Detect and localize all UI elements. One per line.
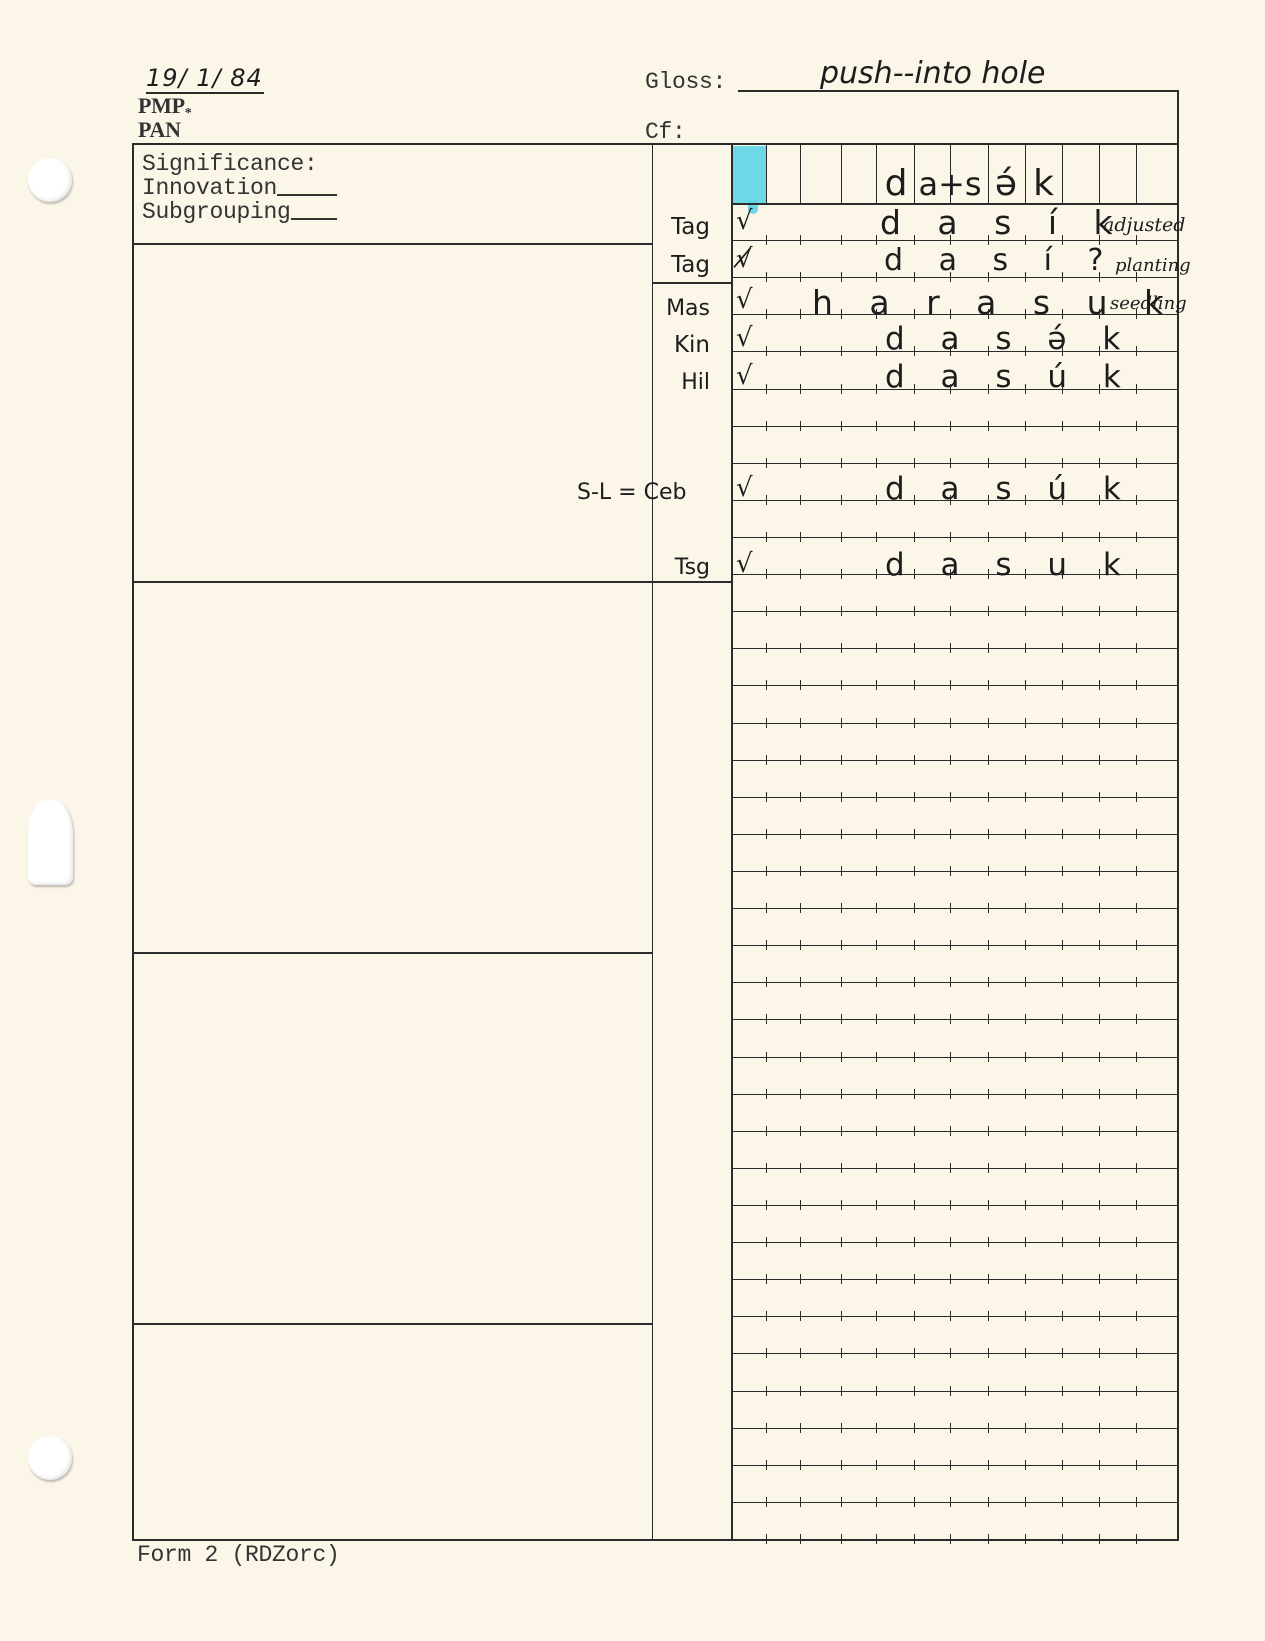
innovation-blank[interactable] [277, 176, 337, 196]
ruled-tick-mark [766, 1200, 767, 1210]
cyan-highlight-mark [733, 146, 766, 204]
ruled-tick-mark [1062, 1386, 1063, 1396]
ruled-tick-mark [1136, 903, 1137, 913]
ruled-tick-mark [1099, 792, 1100, 802]
ruled-tick-mark [1099, 532, 1100, 542]
ruled-tick-mark [876, 1534, 877, 1544]
form-top-border [132, 143, 1179, 145]
date-handwritten: 19/ 1/ 84 [146, 64, 264, 94]
ruled-tick-mark [766, 606, 767, 616]
ruled-tick-mark [988, 1237, 989, 1247]
ruled-tick-mark [841, 346, 842, 356]
ruled-tick-mark [1025, 866, 1026, 876]
ruled-tick-mark [1099, 829, 1100, 839]
ruled-tick-mark [766, 1014, 767, 1024]
ruled-tick-mark [876, 940, 877, 950]
ruled-tick-mark [1099, 1386, 1100, 1396]
ruled-tick-mark [950, 829, 951, 839]
ruled-tick-mark [914, 977, 915, 987]
left-section-divider-4 [132, 1323, 652, 1325]
ruled-tick-mark [1136, 1126, 1137, 1136]
ruled-tick-mark [1062, 718, 1063, 728]
ruled-tick-mark [766, 1274, 767, 1284]
ruled-tick-mark [950, 421, 951, 431]
ruled-tick-mark [1136, 792, 1137, 802]
ruled-tick-mark [800, 718, 801, 728]
ruled-tick-mark [1136, 680, 1137, 690]
ruled-tick-mark [914, 1274, 915, 1284]
check-icon-hil: √ [736, 361, 753, 391]
ruled-tick-mark [1062, 606, 1063, 616]
ruled-tick-mark [1062, 866, 1063, 876]
ruled-tick-mark [800, 346, 801, 356]
recon-letter-a-plus-s: a+s [912, 166, 988, 202]
ruled-tick-mark [766, 792, 767, 802]
ruled-tick-mark [1025, 1534, 1026, 1544]
ruled-tick-mark [876, 272, 877, 282]
ruled-tick-mark [1062, 1460, 1063, 1470]
ruled-tick-mark [800, 1348, 801, 1358]
ruled-tick-mark [1062, 1348, 1063, 1358]
ruled-tick-mark [1136, 1497, 1137, 1507]
ruled-tick-mark [841, 866, 842, 876]
ruled-tick-mark [988, 1014, 989, 1024]
ruled-tick-mark [988, 1460, 989, 1470]
ruled-tick-mark [1136, 643, 1137, 653]
ruled-tick-mark [914, 458, 915, 468]
significance-title: Significance: [142, 152, 318, 176]
ruled-tick-mark [1099, 1126, 1100, 1136]
ruled-tick-mark [914, 1348, 915, 1358]
ruled-tick-mark [800, 235, 801, 245]
ruled-tick-mark [1025, 755, 1026, 765]
ruled-tick-mark [950, 866, 951, 876]
ruled-tick-mark [988, 458, 989, 468]
ruled-tick-mark [766, 1126, 767, 1136]
ruled-tick-mark [1136, 606, 1137, 616]
ruled-tick-mark [876, 235, 877, 245]
ruled-row-line [731, 463, 1178, 464]
ruled-tick-mark [914, 1237, 915, 1247]
ruled-tick-mark [800, 1089, 801, 1099]
ruled-tick-mark [914, 866, 915, 876]
punch-hole-middle [28, 800, 73, 885]
ruled-tick-mark [1062, 755, 1063, 765]
ruled-tick-mark [841, 458, 842, 468]
ruled-tick-mark [841, 1237, 842, 1247]
ruled-tick-mark [1062, 1497, 1063, 1507]
ruled-tick-mark [914, 1089, 915, 1099]
ruled-tick-mark [914, 829, 915, 839]
ruled-tick-mark [800, 1423, 801, 1433]
ruled-tick-mark [988, 977, 989, 987]
ruled-row-line [731, 797, 1178, 798]
ruled-tick-mark [766, 1089, 767, 1099]
reconstruction-cell-divider [1136, 145, 1137, 203]
ruled-tick-mark [876, 1497, 877, 1507]
ruled-row-line [731, 648, 1178, 649]
ruled-tick-mark [988, 903, 989, 913]
ruled-tick-mark [841, 1460, 842, 1470]
ruled-tick-mark [1062, 1274, 1063, 1284]
ruled-tick-mark [841, 1052, 842, 1062]
ruled-tick-mark [841, 680, 842, 690]
ruled-tick-mark [1136, 1386, 1137, 1396]
ruled-tick-mark [876, 1311, 877, 1321]
ruled-tick-mark [988, 1497, 989, 1507]
ruled-tick-mark [841, 718, 842, 728]
ruled-tick-mark [876, 1237, 877, 1247]
ruled-tick-mark [1136, 1348, 1137, 1358]
left-section-divider-1 [132, 243, 652, 245]
ruled-tick-mark [841, 1163, 842, 1173]
ruled-tick-mark [800, 458, 801, 468]
ruled-tick-mark [876, 1014, 877, 1024]
ruled-tick-mark [841, 1089, 842, 1099]
ruled-tick-mark [800, 1460, 801, 1470]
innovation-text: Innovation [142, 175, 277, 201]
ruled-tick-mark [876, 1126, 877, 1136]
cf-label: Cf: [645, 120, 686, 144]
ruled-tick-mark [1136, 1237, 1137, 1247]
ruled-tick-mark [841, 1497, 842, 1507]
ruled-tick-mark [1025, 1200, 1026, 1210]
ruled-tick-mark [1099, 1274, 1100, 1284]
ruled-row-line [731, 945, 1178, 946]
ruled-tick-mark [950, 755, 951, 765]
lang-sl-ceb: S-L = Ceb [577, 480, 686, 505]
ruled-tick-mark [800, 272, 801, 282]
reconstruction-cell-divider [766, 145, 767, 203]
ruled-tick-mark [950, 458, 951, 468]
ruled-tick-mark [1136, 940, 1137, 950]
ruled-tick-mark [988, 1200, 989, 1210]
ruled-tick-mark [1099, 1200, 1100, 1210]
ruled-tick-mark [800, 421, 801, 431]
ruled-tick-mark [1099, 866, 1100, 876]
ruled-tick-mark [988, 606, 989, 616]
ruled-tick-mark [1025, 643, 1026, 653]
ruled-row-line [731, 1539, 1178, 1540]
ruled-tick-mark [766, 532, 767, 542]
ruled-tick-mark [841, 940, 842, 950]
ruled-tick-mark [876, 1052, 877, 1062]
ruled-tick-mark [950, 532, 951, 542]
ruled-tick-mark [1136, 977, 1137, 987]
ruled-row-line [731, 611, 1178, 612]
form-footer-label: Form 2 (RDZorc) [137, 1543, 340, 1567]
ruled-tick-mark [766, 384, 767, 394]
ruled-tick-mark [988, 1423, 989, 1433]
ruled-tick-mark [766, 1163, 767, 1173]
ruled-tick-mark [950, 1237, 951, 1247]
ruled-tick-mark [1025, 1386, 1026, 1396]
ruled-tick-mark [841, 235, 842, 245]
ruled-tick-mark [914, 606, 915, 616]
ruled-tick-mark [876, 792, 877, 802]
ruled-tick-mark [1136, 421, 1137, 431]
ruled-tick-mark [876, 680, 877, 690]
ruled-tick-mark [1062, 977, 1063, 987]
ruled-tick-mark [914, 940, 915, 950]
ruled-tick-mark [1099, 458, 1100, 468]
ruled-tick-mark [950, 1423, 951, 1433]
note-planting: planting [1115, 255, 1191, 276]
ruled-tick-mark [800, 495, 801, 505]
lang-tag-2: Tag [640, 252, 710, 278]
form-tsg: d a s u k [885, 547, 1134, 583]
ruled-tick-mark [766, 1423, 767, 1433]
recon-letter-d: d [878, 166, 914, 202]
ruled-tick-mark [950, 903, 951, 913]
ruled-tick-mark [876, 718, 877, 728]
ruled-tick-mark [1136, 866, 1137, 876]
ruled-tick-mark [766, 309, 767, 319]
ruled-tick-mark [914, 532, 915, 542]
ruled-tick-mark [766, 1311, 767, 1321]
ruled-tick-mark [1099, 1348, 1100, 1358]
ruled-tick-mark [1025, 1311, 1026, 1321]
innovation-label: Innovation [142, 176, 337, 200]
ruled-tick-mark [766, 235, 767, 245]
ruled-tick-mark [1099, 977, 1100, 987]
ruled-tick-mark [988, 718, 989, 728]
ruled-tick-mark [1136, 718, 1137, 728]
ruled-tick-mark [1062, 792, 1063, 802]
ruled-tick-mark [841, 792, 842, 802]
ruled-tick-mark [766, 977, 767, 987]
ruled-tick-mark [1099, 1497, 1100, 1507]
ruled-tick-mark [914, 1386, 915, 1396]
ruled-tick-mark [950, 1126, 951, 1136]
ruled-tick-mark [800, 569, 801, 579]
ruled-tick-mark [1025, 1460, 1026, 1470]
ruled-tick-mark [988, 1534, 989, 1544]
ruled-tick-mark [800, 1126, 801, 1136]
check-icon-ceb: √ [736, 473, 753, 503]
lang-tag-1: Tag [640, 214, 710, 240]
ruled-tick-mark [876, 532, 877, 542]
ruled-row-line [731, 685, 1178, 686]
ruled-tick-mark [876, 1200, 877, 1210]
ruled-tick-mark [800, 1311, 801, 1321]
ruled-tick-mark [1062, 1052, 1063, 1062]
pmp-text: PMP [138, 93, 185, 118]
reconstruction-cell-divider [876, 145, 877, 203]
form-kin: d a s ə́ k [885, 321, 1133, 357]
ruled-tick-mark [800, 309, 801, 319]
subgrouping-blank[interactable] [291, 200, 337, 220]
subgrouping-text: Subgrouping [142, 199, 291, 225]
check-icon-mas: √ [736, 285, 753, 315]
lang-hil: Hil [640, 370, 710, 395]
ruled-tick-mark [841, 495, 842, 505]
punch-hole-bottom [28, 1436, 72, 1480]
ruled-tick-mark [914, 1497, 915, 1507]
ruled-row-line [731, 1316, 1178, 1317]
ruled-tick-mark [841, 272, 842, 282]
ruled-tick-mark [988, 940, 989, 950]
cross-check-icon-tag-2: √̸ [736, 244, 753, 274]
ruled-tick-mark [950, 1386, 951, 1396]
ruled-tick-mark [841, 1311, 842, 1321]
ruled-tick-mark [914, 792, 915, 802]
ruled-tick-mark [1062, 903, 1063, 913]
ruled-tick-mark [1099, 755, 1100, 765]
ruled-tick-mark [1099, 680, 1100, 690]
ruled-tick-mark [766, 1534, 767, 1544]
ruled-row-line [731, 1131, 1178, 1132]
ruled-tick-mark [1099, 606, 1100, 616]
ruled-tick-mark [1136, 1089, 1137, 1099]
ruled-tick-mark [876, 458, 877, 468]
ruled-tick-mark [950, 1274, 951, 1284]
ruled-tick-mark [1136, 346, 1137, 356]
recon-letter-schwa-acute: ə́ [988, 166, 1024, 202]
ruled-tick-mark [914, 903, 915, 913]
ruled-tick-mark [800, 1163, 801, 1173]
ruled-tick-mark [1136, 569, 1137, 579]
ruled-tick-mark [841, 643, 842, 653]
ruled-tick-mark [800, 755, 801, 765]
ruled-tick-mark [800, 1052, 801, 1062]
ruled-tick-mark [766, 866, 767, 876]
ruled-tick-mark [876, 1423, 877, 1433]
ruled-tick-mark [766, 1052, 767, 1062]
ruled-tick-mark [1136, 755, 1137, 765]
ruled-row-line [731, 834, 1178, 835]
reconstruction-cell-divider [800, 145, 801, 203]
grid-left-border [731, 145, 733, 1540]
ruled-tick-mark [841, 421, 842, 431]
ruled-tick-mark [1099, 1460, 1100, 1470]
ruled-tick-mark [914, 1311, 915, 1321]
ruled-tick-mark [1062, 1126, 1063, 1136]
ruled-tick-mark [1136, 1163, 1137, 1173]
gloss-value[interactable]: push--into hole [820, 56, 1046, 91]
gloss-label: Gloss: [645, 70, 726, 94]
ruled-tick-mark [1062, 532, 1063, 542]
ruled-tick-mark [914, 1014, 915, 1024]
ruled-tick-mark [988, 1089, 989, 1099]
ruled-tick-mark [1025, 718, 1026, 728]
ruled-tick-mark [1025, 458, 1026, 468]
ruled-tick-mark [914, 1126, 915, 1136]
ruled-tick-mark [876, 755, 877, 765]
ruled-tick-mark [1025, 532, 1026, 542]
ruled-tick-mark [800, 1534, 801, 1544]
ruled-tick-mark [766, 1460, 767, 1470]
ruled-tick-mark [841, 1348, 842, 1358]
ruled-row-line [731, 723, 1178, 724]
ruled-row-line [731, 537, 1178, 538]
ruled-tick-mark [988, 829, 989, 839]
ruled-row-line [731, 1465, 1178, 1466]
ruled-tick-mark [876, 643, 877, 653]
ruled-tick-mark [841, 903, 842, 913]
ruled-tick-mark [841, 1126, 842, 1136]
ruled-tick-mark [766, 718, 767, 728]
ruled-tick-mark [950, 1348, 951, 1358]
ruled-tick-mark [988, 1386, 989, 1396]
ruled-tick-mark [876, 346, 877, 356]
ruled-tick-mark [1099, 1014, 1100, 1024]
ruled-tick-mark [766, 903, 767, 913]
ruled-tick-mark [766, 458, 767, 468]
ruled-tick-mark [841, 384, 842, 394]
ruled-tick-mark [800, 1200, 801, 1210]
ruled-tick-mark [914, 1460, 915, 1470]
ruled-tick-mark [1062, 1163, 1063, 1173]
ruled-tick-mark [841, 532, 842, 542]
ruled-tick-mark [1062, 1311, 1063, 1321]
ruled-tick-mark [914, 680, 915, 690]
ruled-tick-mark [1062, 1089, 1063, 1099]
ruled-tick-mark [988, 792, 989, 802]
ruled-row-line [731, 1242, 1178, 1243]
ruled-row-line [731, 426, 1178, 427]
ruled-tick-mark [988, 421, 989, 431]
ruled-tick-mark [1025, 792, 1026, 802]
ruled-tick-mark [876, 1460, 877, 1470]
ruled-tick-mark [1025, 1014, 1026, 1024]
ruled-tick-mark [876, 1348, 877, 1358]
ruled-tick-mark [841, 1014, 842, 1024]
ruled-row-line [731, 1019, 1178, 1020]
ruled-tick-mark [1099, 1163, 1100, 1173]
ruled-tick-mark [876, 421, 877, 431]
ruled-tick-mark [1062, 458, 1063, 468]
ruled-tick-mark [1062, 1423, 1063, 1433]
ruled-tick-mark [950, 792, 951, 802]
ruled-tick-mark [800, 829, 801, 839]
ruled-tick-mark [1025, 606, 1026, 616]
ruled-tick-mark [876, 384, 877, 394]
ruled-tick-mark [1136, 1274, 1137, 1284]
ruled-tick-mark [1025, 1163, 1026, 1173]
ruled-row-line [731, 1391, 1178, 1392]
ruled-tick-mark [988, 643, 989, 653]
ruled-tick-mark [1025, 421, 1026, 431]
ruled-tick-mark [1099, 940, 1100, 950]
ruled-tick-mark [1062, 1534, 1063, 1544]
ruled-tick-mark [766, 643, 767, 653]
ruled-row-line [731, 1057, 1178, 1058]
ruled-tick-mark [1062, 1200, 1063, 1210]
ruled-tick-mark [1136, 1200, 1137, 1210]
ruled-tick-mark [876, 569, 877, 579]
left-section-divider-3 [132, 952, 652, 954]
ruled-tick-mark [876, 495, 877, 505]
ruled-tick-mark [1062, 1237, 1063, 1247]
ruled-tick-mark [988, 1348, 989, 1358]
ruled-tick-mark [876, 903, 877, 913]
ruled-tick-mark [1099, 643, 1100, 653]
ruled-tick-mark [1025, 903, 1026, 913]
ruled-tick-mark [988, 755, 989, 765]
ruled-row-line [731, 1168, 1178, 1169]
ruled-tick-mark [841, 829, 842, 839]
tag-group-underline [652, 282, 732, 284]
ruled-tick-mark [1025, 1274, 1026, 1284]
ruled-row-line [731, 1353, 1178, 1354]
form-tag-2: d a s í ? [884, 243, 1116, 278]
ruled-tick-mark [800, 977, 801, 987]
ruled-tick-mark [1062, 829, 1063, 839]
ruled-tick-mark [1136, 1423, 1137, 1433]
ruled-tick-mark [1025, 1237, 1026, 1247]
ruled-tick-mark [841, 1534, 842, 1544]
